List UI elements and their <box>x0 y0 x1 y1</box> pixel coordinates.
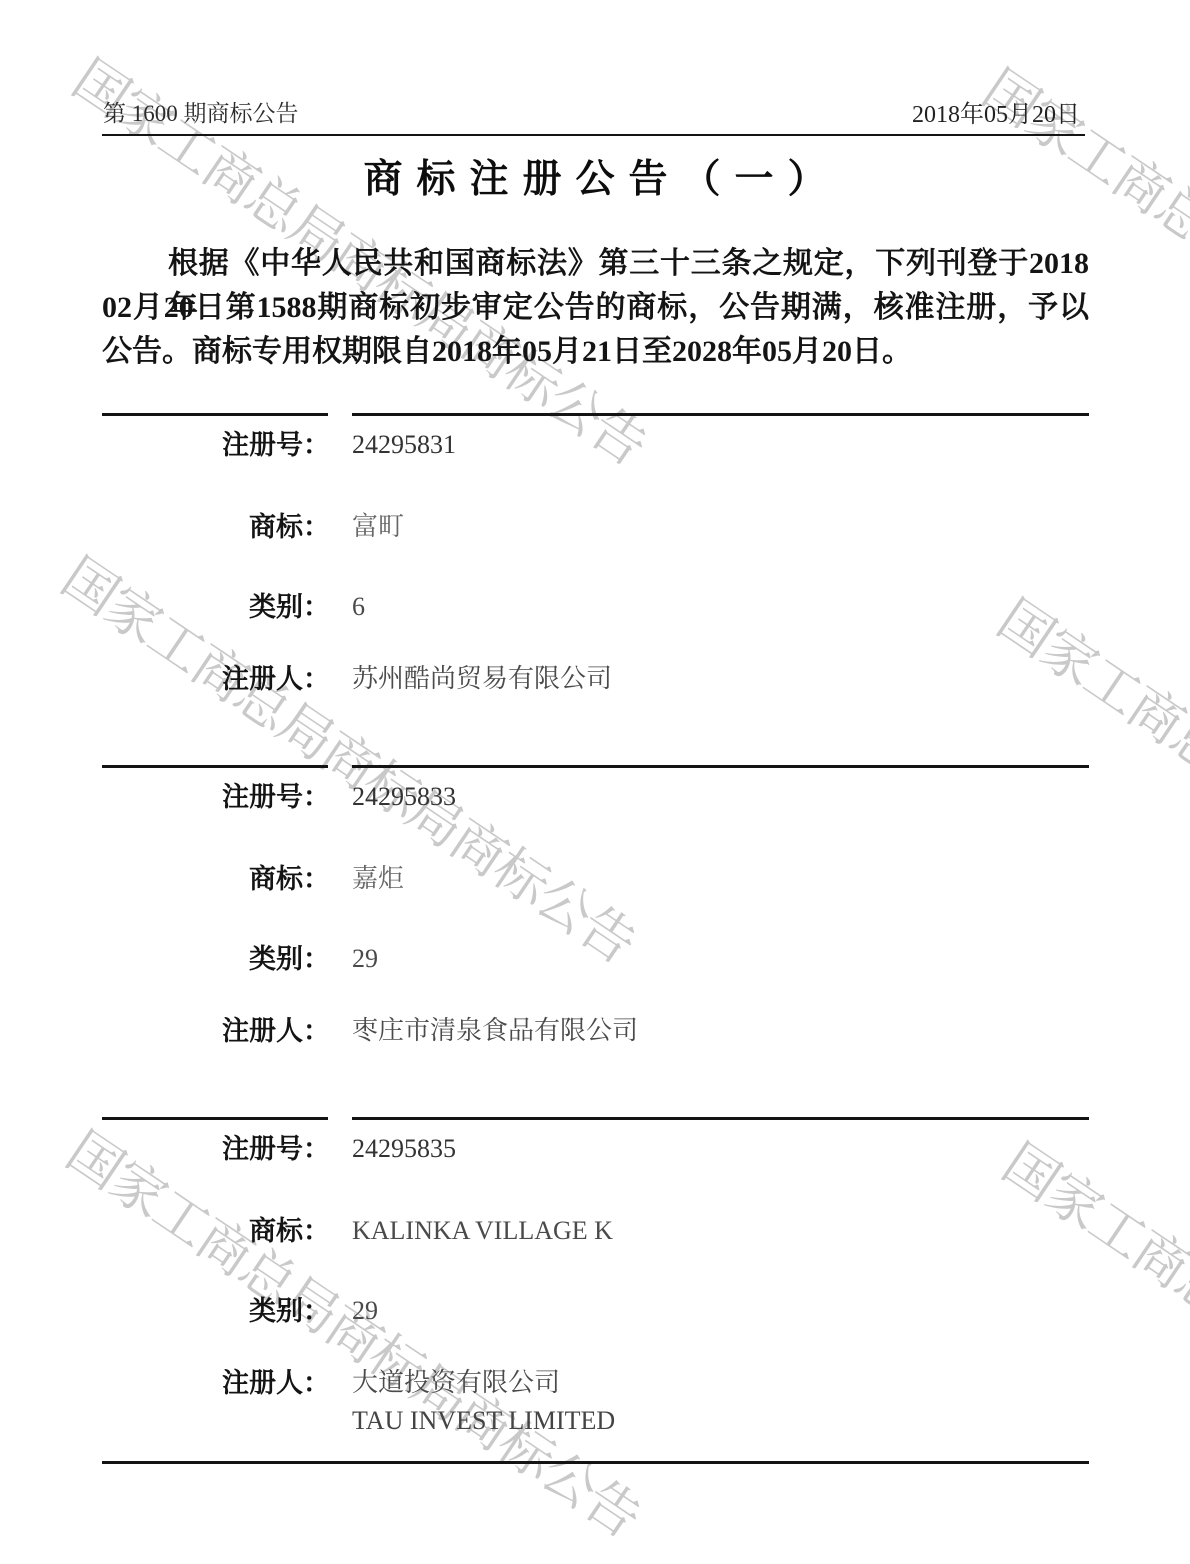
record-separator <box>352 413 1089 416</box>
category-value: 29 <box>352 942 378 976</box>
record-separator <box>102 413 328 416</box>
record-separator <box>352 1117 1089 1120</box>
category-label: 类别： <box>102 942 330 976</box>
trademark-value: KALINKA VILLAGE K <box>352 1214 613 1248</box>
registrant-label: 注册人： <box>102 1014 330 1048</box>
field-row-trademark: 商标：KALINKA VILLAGE K <box>102 1214 1089 1248</box>
intro-line: 根据《中华人民共和国商标法》第三十三条之规定，下列刊登于2018年 <box>102 242 1089 286</box>
field-row-reg-no: 注册号：24295833 <box>102 780 1089 814</box>
intro-paragraph: 根据《中华人民共和国商标法》第三十三条之规定，下列刊登于2018年 02月20日… <box>102 242 1089 374</box>
record-separator <box>102 1117 328 1120</box>
registrant-cn: 大道投资有限公司 <box>352 1366 615 1400</box>
reg-no-value: 24295831 <box>352 428 456 462</box>
category-label: 类别： <box>102 590 330 624</box>
intro-line: 02月20日第1588期商标初步审定公告的商标，公告期满，核准注册，予以 <box>102 286 1089 330</box>
trademark-label: 商标： <box>102 862 330 896</box>
record-separator <box>352 765 1089 768</box>
watermark-text: 国家工商总局商标局商标公告 <box>54 1110 657 1552</box>
reg-no-value: 24295833 <box>352 780 456 814</box>
trademark-label: 商标： <box>102 510 330 544</box>
bottom-rule <box>102 1461 1089 1464</box>
trademark-label: 商标： <box>102 1214 330 1248</box>
field-row-trademark: 商标：富町 <box>102 510 1089 544</box>
gazette-date: 2018年05月20日 <box>912 94 1080 129</box>
registrant-label: 注册人： <box>102 1366 330 1400</box>
field-row-registrant: 注册人：大道投资有限公司TAU INVEST LIMITED <box>102 1366 1089 1438</box>
page-title: 商标注册公告（一） <box>0 148 1190 204</box>
watermark-text: 国家工商总局商标局商标公告 <box>990 1122 1190 1564</box>
intro-line: 公告。商标专用权期限自2018年05月21日至2028年05月20日。 <box>102 330 1089 374</box>
reg-no-label: 注册号： <box>102 428 330 462</box>
registrant-value: 大道投资有限公司TAU INVEST LIMITED <box>352 1366 615 1438</box>
trademark-value: 富町 <box>352 510 404 544</box>
field-row-category: 类别：29 <box>102 942 1089 976</box>
field-row-registrant: 注册人：苏州酷尚贸易有限公司 <box>102 662 1089 696</box>
field-row-reg-no: 注册号：24295835 <box>102 1132 1089 1166</box>
registrant-value: 苏州酷尚贸易有限公司 <box>352 662 612 696</box>
field-row-category: 类别：29 <box>102 1294 1089 1328</box>
trademark-value: 嘉炬 <box>352 862 404 896</box>
category-label: 类别： <box>102 1294 330 1328</box>
field-row-category: 类别：6 <box>102 590 1089 624</box>
category-value: 29 <box>352 1294 378 1328</box>
registrant-value: 枣庄市清泉食品有限公司 <box>352 1014 638 1048</box>
registrant-en: TAU INVEST LIMITED <box>352 1404 615 1438</box>
registrant-label: 注册人： <box>102 662 330 696</box>
field-row-registrant: 注册人：枣庄市清泉食品有限公司 <box>102 1014 1089 1048</box>
field-row-trademark: 商标：嘉炬 <box>102 862 1089 896</box>
gazette-page: 国家工商总局商标局商标公告 国家工商总局商标局商标公告 国家工商总局商标局商标公… <box>0 0 1190 1564</box>
category-value: 6 <box>352 590 365 624</box>
record-separator <box>102 765 328 768</box>
reg-no-value: 24295835 <box>352 1132 456 1166</box>
reg-no-label: 注册号： <box>102 780 330 814</box>
reg-no-label: 注册号： <box>102 1132 330 1166</box>
header-rule <box>102 134 1085 136</box>
gazette-issue-number: 第 1600 期商标公告 <box>103 95 299 128</box>
field-row-reg-no: 注册号：24295831 <box>102 428 1089 462</box>
